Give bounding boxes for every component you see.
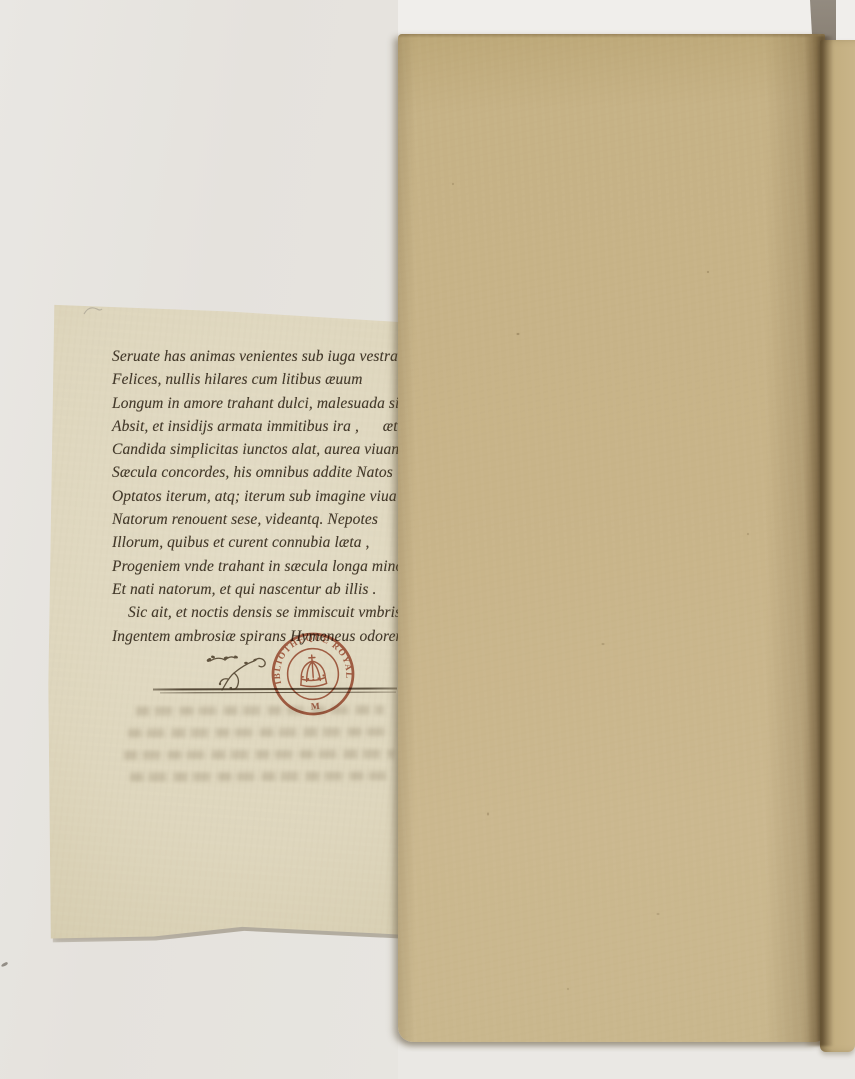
fold-crease-shadow — [804, 36, 834, 1046]
stamp-monogram: M — [311, 702, 321, 713]
showthrough-text — [130, 771, 386, 781]
crown-icon — [299, 654, 327, 687]
manuscript-leaf: Seruate has animas venientes sub iuga ve… — [48, 301, 401, 941]
floral-sprig-ornament — [202, 648, 268, 692]
tan-wrapper-sheet — [398, 34, 825, 1042]
library-stamp: BIBLIOTHEQUE ROYALE M — [267, 628, 359, 720]
showthrough-text — [124, 749, 394, 759]
scanned-book-opening: Seruate has animas venientes sub iuga ve… — [0, 0, 855, 1079]
showthrough-text — [128, 727, 390, 737]
sheet-texture — [398, 34, 825, 1042]
